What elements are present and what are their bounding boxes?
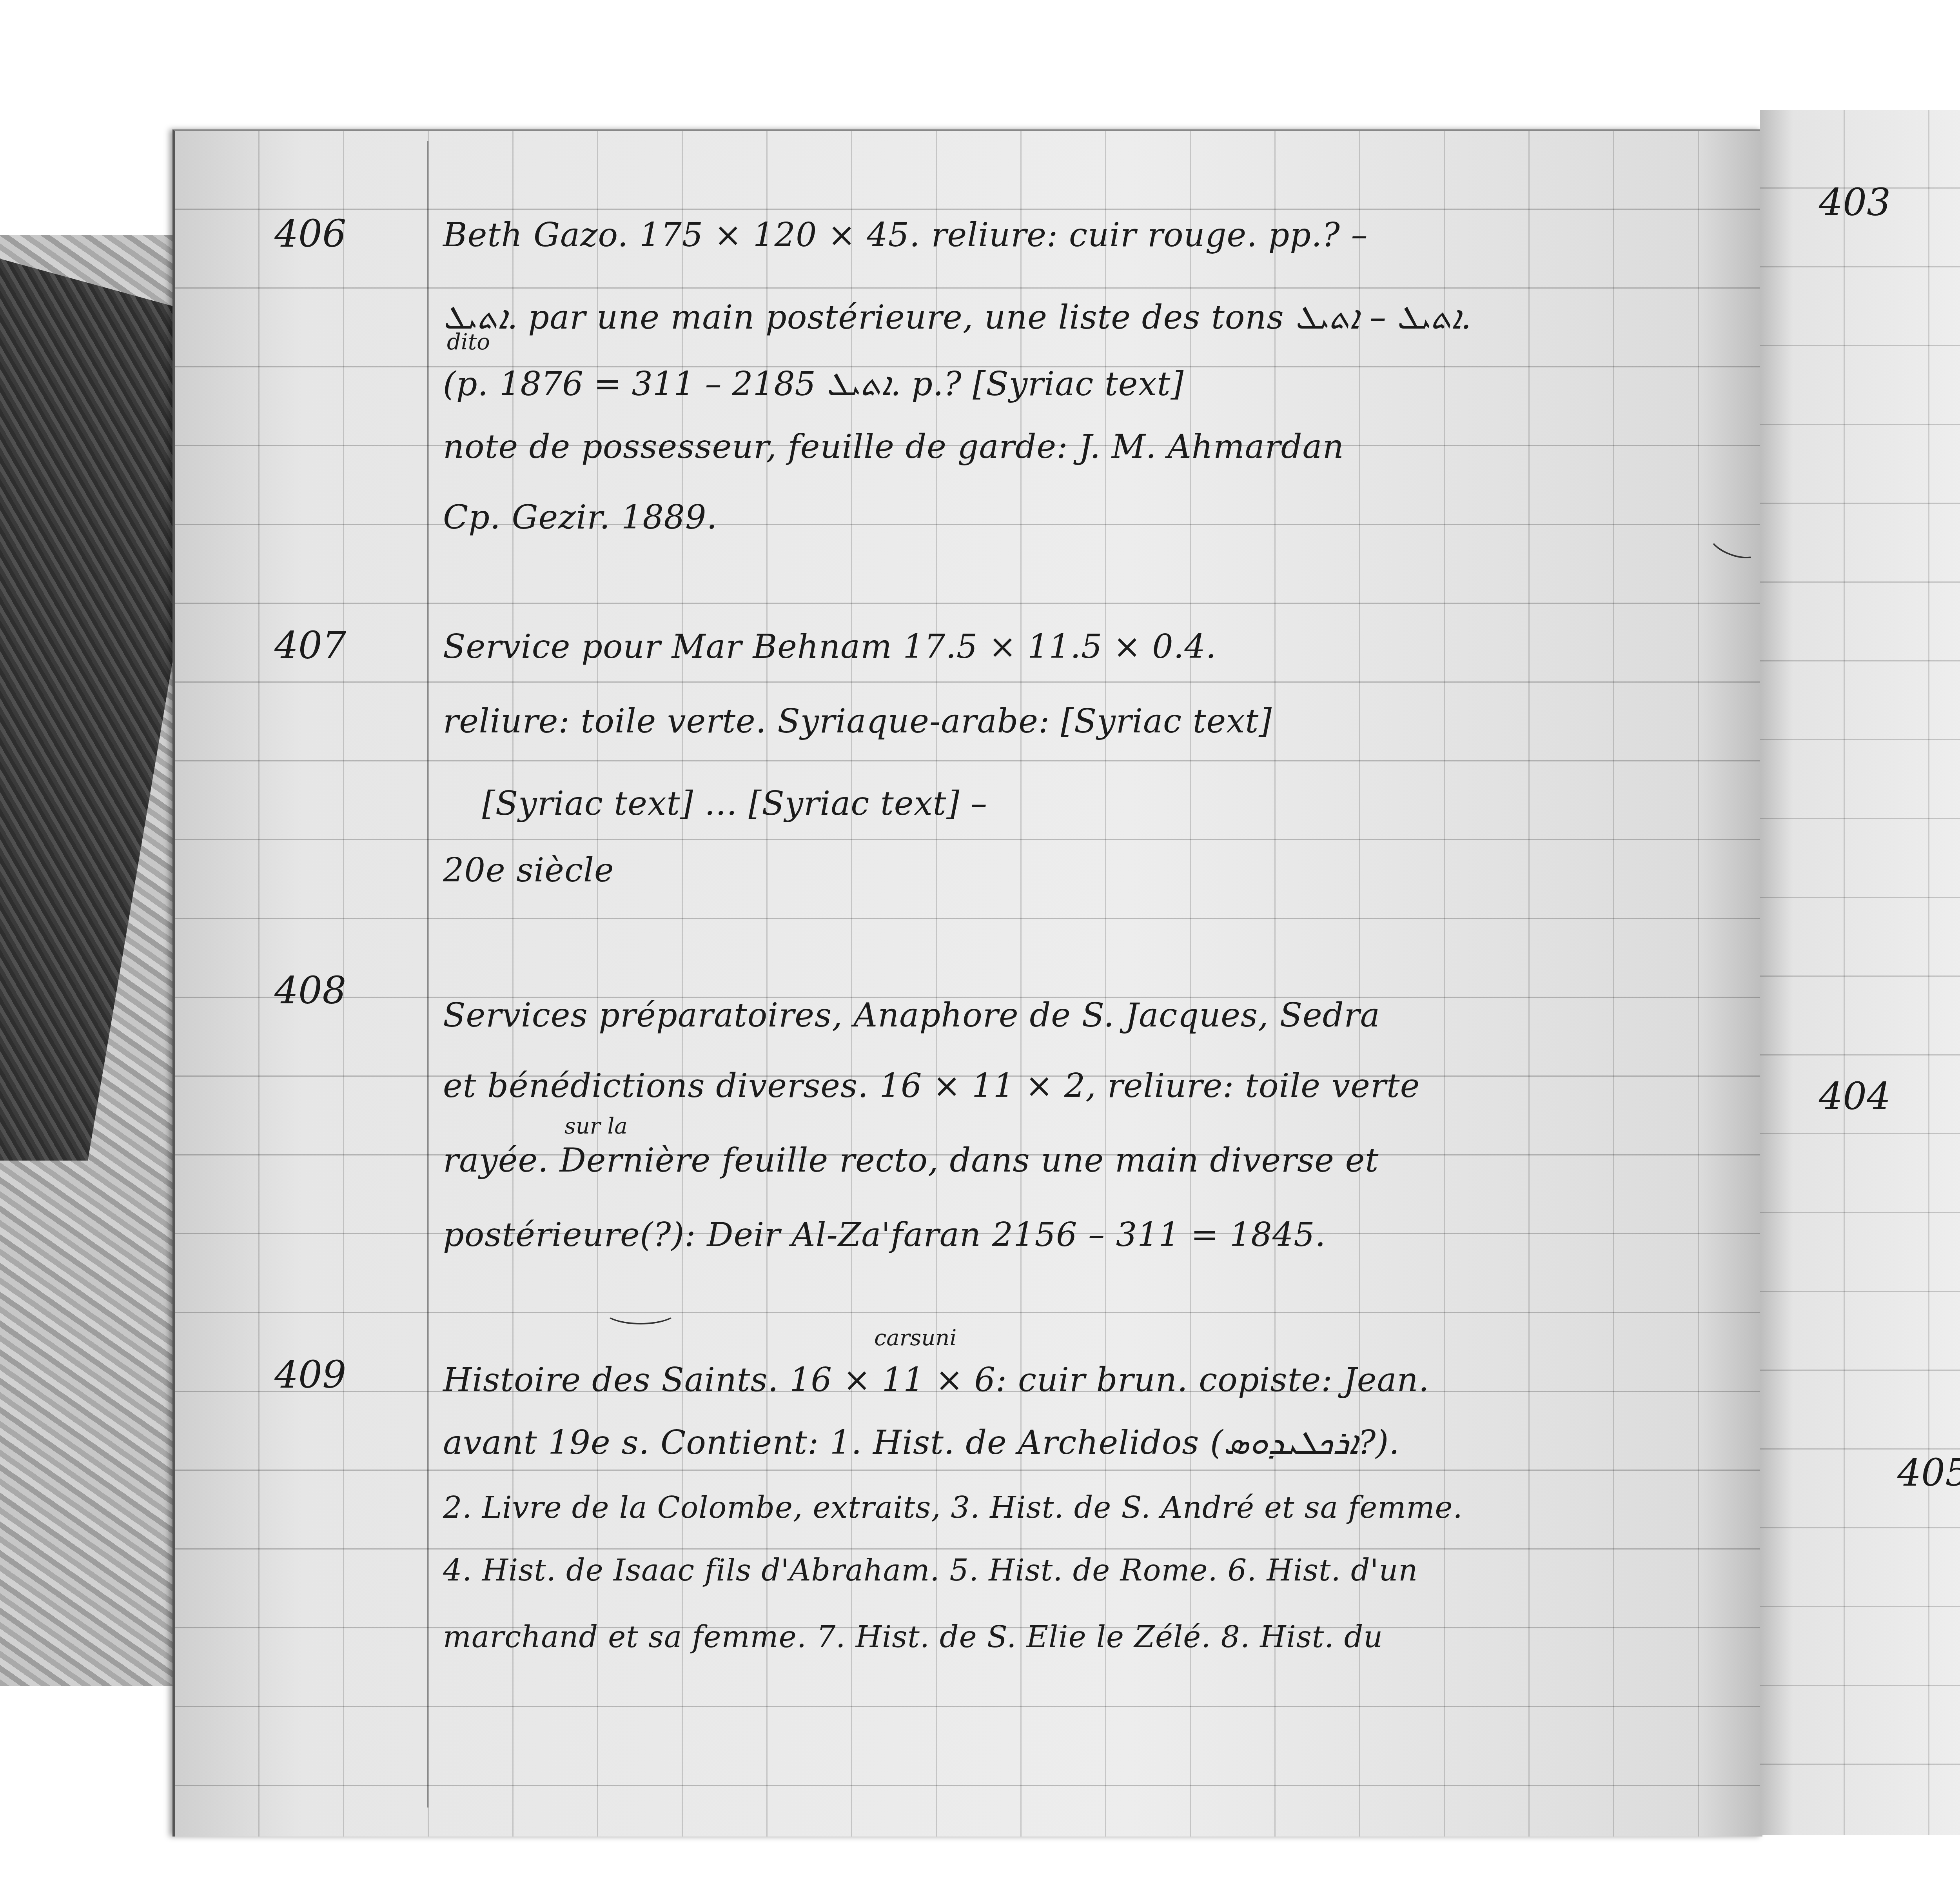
entry-409-line-2: avant 19e s. Contient: 1. Hist. de Arche… — [443, 1423, 1400, 1462]
entry-number-408: 408 — [274, 968, 346, 1012]
entry-409-line-4: 4. Hist. de Isaac fils d'Abraham. 5. His… — [443, 1553, 1418, 1588]
entry-406-line-3: (p. ܐܬܝܠ 2185 – 311 = 1876. p.? [Syriac … — [443, 365, 1184, 403]
entry-406-interlinear: dito — [447, 329, 490, 355]
entry-number-407: 407 — [274, 623, 346, 667]
entry-406-line-1: Beth Gazo. 175 × 120 × 45. reliure: cuir… — [443, 216, 1368, 254]
right-page — [1760, 110, 1960, 1835]
entry-409-line-1: Histoire des Saints. 16 × 11 × 6: cuir b… — [443, 1361, 1429, 1399]
entry-409-interlinear: carsuni — [874, 1325, 956, 1351]
entry-407-line-1: Service pour Mar Behnam 17.5 × 11.5 × 0.… — [443, 627, 1216, 666]
entry-408-line-3: rayée. Dernière feuille recto, dans une … — [443, 1141, 1379, 1179]
entry-406-line-2: ܐܬܝܠ. par une main postérieure, une list… — [443, 298, 1471, 337]
entry-408-interlinear: sur la — [564, 1114, 628, 1139]
ink-mark — [604, 1298, 677, 1324]
entry-407-line-2: reliure: toile verte. Syriaque-arabe: [S… — [443, 702, 1272, 740]
entry-number-406: 406 — [274, 212, 346, 256]
margin-rule — [427, 141, 428, 1808]
entry-number-409: 409 — [274, 1353, 346, 1397]
entry-408-line-4: postérieure(?): Deir Al-Za'faran 2156 – … — [443, 1215, 1326, 1254]
reference-number-404: 404 — [1819, 1074, 1891, 1118]
entry-409-line-3: 2. Livre de la Colombe, extraits, 3. His… — [443, 1490, 1463, 1525]
entry-407-line-4: 20e siècle — [443, 851, 614, 889]
reference-number-405: 405 — [1897, 1451, 1960, 1495]
entry-406-line-4: note de possesseur, feuille de garde: J.… — [443, 427, 1344, 466]
entry-408-line-2: et bénédictions diverses. 16 × 11 × 2, r… — [443, 1066, 1420, 1105]
entry-406-line-5: Cp. Gezir. 1889. — [443, 498, 717, 536]
reference-number-403: 403 — [1819, 180, 1891, 224]
entry-409-line-5: marchand et sa femme. 7. Hist. de S. Eli… — [443, 1619, 1383, 1654]
entry-408-line-1: Services préparatoires, Anaphore de S. J… — [443, 996, 1380, 1034]
entry-407-line-3: [Syriac text] … [Syriac text] – — [482, 784, 987, 823]
